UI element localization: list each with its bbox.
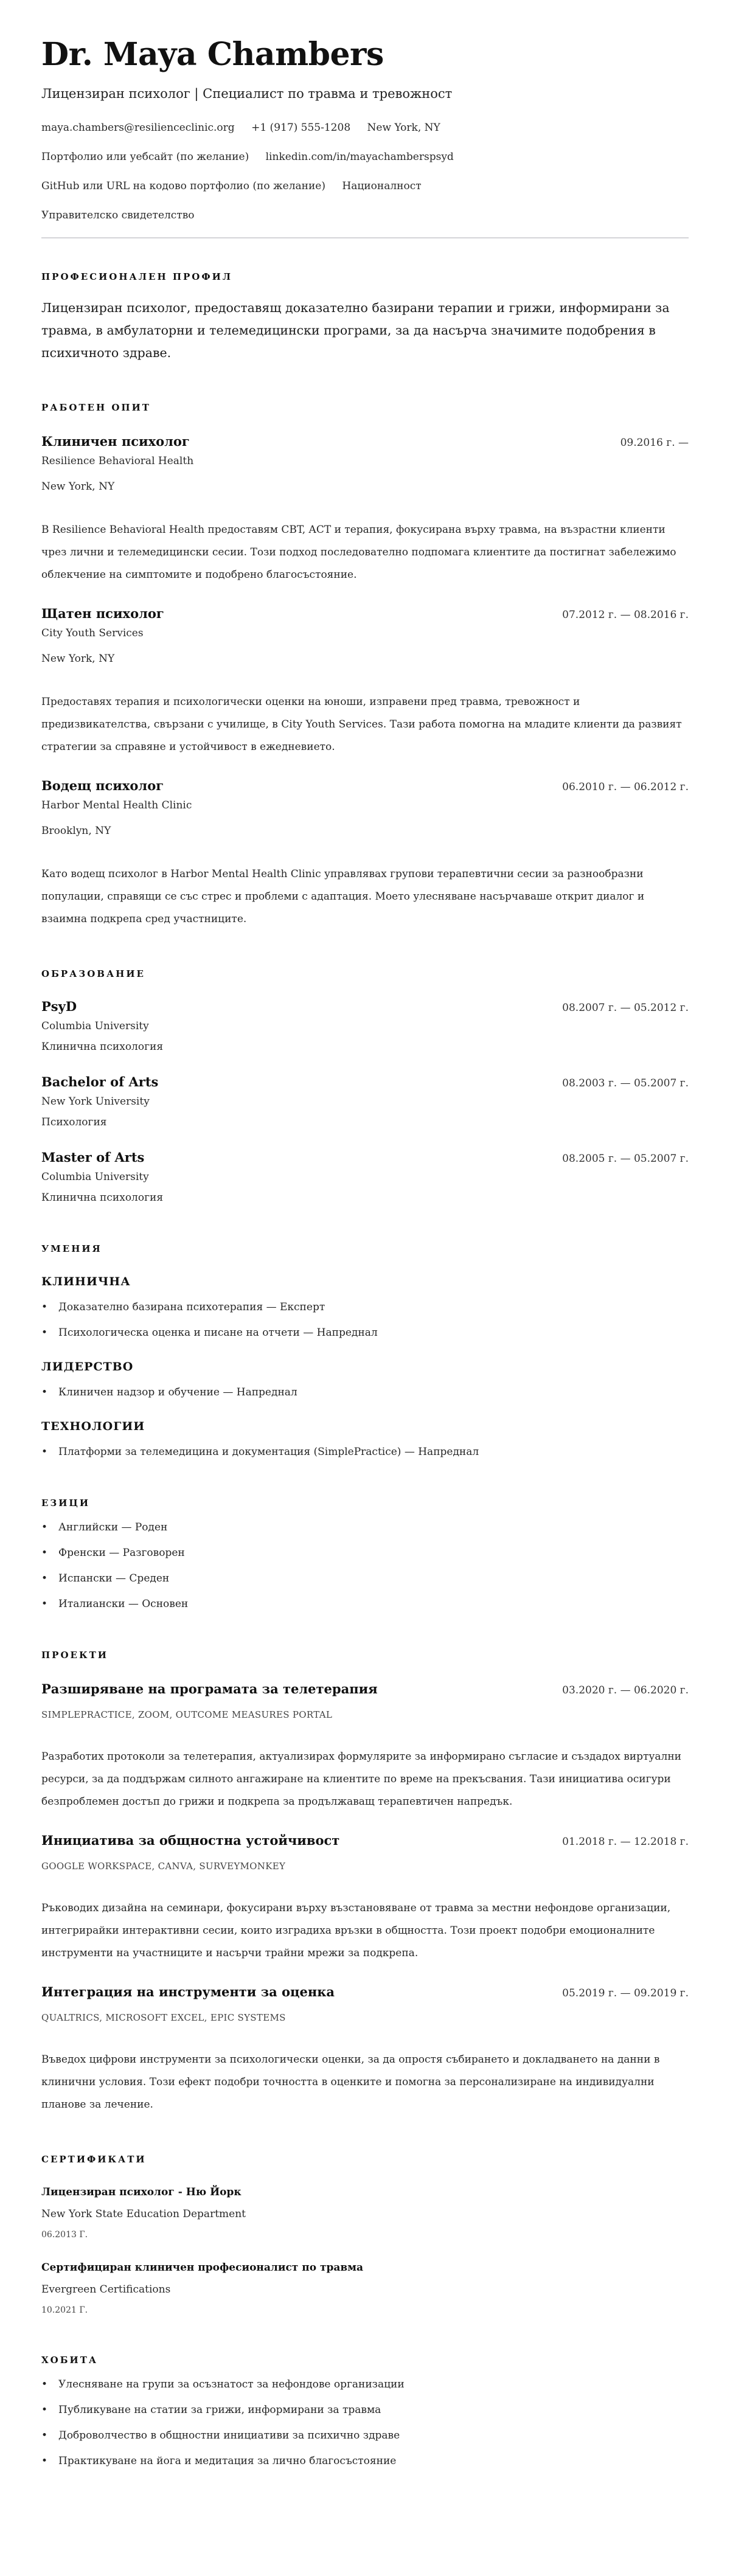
entry-header: Интеграция на инструменти за оценка05.20… <box>41 1983 689 2001</box>
project-description: Разработих протоколи за телетерапия, акт… <box>41 1746 689 1813</box>
project-description: Въведох цифрови инструменти за психологи… <box>41 2049 689 2116</box>
degree-name: Bachelor of Arts <box>41 1073 158 1091</box>
contact-row: maya.chambers@resilienceclinic.org +1 (9… <box>41 119 689 136</box>
project-description: Ръководих дизайна на семинари, фокусиран… <box>41 1897 689 1965</box>
hobbies-list: Улесняване на групи за осъзнатост за неф… <box>41 2376 689 2469</box>
education-entry: Bachelor of Arts08.2003 г. — 05.2007 г.N… <box>41 1073 689 1130</box>
hobby-item: Практикуване на йога и медитация за личн… <box>41 2453 689 2469</box>
portfolio-link[interactable]: Портфолио или уебсайт (по желание) <box>41 151 249 163</box>
education-dates: 08.2003 г. — 05.2007 г. <box>562 1077 689 1089</box>
hobby-item: Улесняване на групи за осъзнатост за неф… <box>41 2376 689 2392</box>
project-name: Разширяване на програмата за телетерапия <box>41 1680 378 1698</box>
skill-item: Психологическа оценка и писане на отчети… <box>41 1325 689 1341</box>
skill-list: Доказателно базирана психотерапия — Експ… <box>41 1299 689 1341</box>
education-entry: Master of Arts08.2005 г. — 05.2007 г.Col… <box>41 1148 689 1206</box>
github-link[interactable]: GitHub или URL на кодово портфолио (по ж… <box>41 180 325 192</box>
certification-entry: Сертифициран клиничен професионалист по … <box>41 2260 689 2317</box>
skill-list: Платформи за телемедицина и документация… <box>41 1444 689 1460</box>
project-dates: 01.2018 г. — 12.2018 г. <box>562 1836 689 1848</box>
field-of-study: Клинична психология <box>41 1190 689 1206</box>
skill-group-title: Технологии <box>41 1418 689 1434</box>
certification-date: 10.2021 г. <box>41 2303 689 2317</box>
hobby-item: Публикуване на статии за грижи, информир… <box>41 2402 689 2418</box>
project-entry: Интеграция на инструменти за оценка05.20… <box>41 1983 689 2116</box>
certification-name: Лицензиран психолог - Ню Йорк <box>41 2184 689 2200</box>
section-title: Сертификати <box>41 2153 689 2166</box>
location-text: New York, NY <box>367 122 440 134</box>
section-title: Професионален профил <box>41 270 689 283</box>
job-dates: 06.2010 г. — 06.2012 г. <box>562 781 689 793</box>
entry-header: Инициатива за общностна устойчивост01.20… <box>41 1831 689 1850</box>
profile-section: Професионален профил Лицензиран психолог… <box>41 270 689 364</box>
job-title: Водещ психолог <box>41 777 164 795</box>
experience-section: Работен опит Клиничен психолог09.2016 г.… <box>41 401 689 931</box>
school-name: New York University <box>41 1094 689 1109</box>
entry-header: Bachelor of Arts08.2003 г. — 05.2007 г. <box>41 1073 689 1091</box>
certification-issuer: Evergreen Certifications <box>41 2282 689 2297</box>
skill-item: Доказателно базирана психотерапия — Експ… <box>41 1299 689 1315</box>
degree-name: Master of Arts <box>41 1148 144 1167</box>
entry-header: Master of Arts08.2005 г. — 05.2007 г. <box>41 1148 689 1167</box>
project-name: Инициатива за общностна устойчивост <box>41 1831 339 1850</box>
languages-section: Езици Английски — РоденФренски — Разгово… <box>41 1496 689 1612</box>
job-location: Brooklyn, NY <box>41 823 689 839</box>
degree-name: PsyD <box>41 998 77 1016</box>
profile-summary: Лицензиран психолог, предоставящ доказат… <box>41 297 689 364</box>
header-divider <box>41 237 689 238</box>
section-title: Работен опит <box>41 401 689 414</box>
nationality-text: Националност <box>342 180 421 192</box>
entry-header: Щатен психолог07.2012 г. — 08.2016 г. <box>41 605 689 623</box>
resume-header: Dr. Maya Chambers Лицензиран психолог | … <box>41 35 689 238</box>
phone-text: +1 (917) 555-1208 <box>251 122 350 134</box>
language-item: Английски — Роден <box>41 1519 689 1535</box>
project-technologies: Qualtrics, Microsoft Excel, Epic Systems <box>41 2011 689 2024</box>
skill-list: Клиничен надзор и обучение — Напреднал <box>41 1384 689 1400</box>
contact-row: Управителско свидетелство <box>41 207 689 224</box>
project-dates: 03.2020 г. — 06.2020 г. <box>562 1684 689 1696</box>
hobbies-section: Хобита Улесняване на групи за осъзнатост… <box>41 2353 689 2469</box>
company-name: Harbor Mental Health Clinic <box>41 797 689 813</box>
skill-item: Клиничен надзор и обучение — Напреднал <box>41 1384 689 1400</box>
candidate-name: Dr. Maya Chambers <box>41 35 689 74</box>
certification-date: 06.2013 г. <box>41 2228 689 2241</box>
job-dates: 09.2016 г. — <box>620 437 689 449</box>
language-item: Италиански — Основен <box>41 1596 689 1612</box>
language-item: Френски — Разговорен <box>41 1545 689 1561</box>
entry-header: Клиничен психолог09.2016 г. — <box>41 432 689 451</box>
entry-header: Разширяване на програмата за телетерапия… <box>41 1680 689 1698</box>
entry-header: Водещ психолог06.2010 г. — 06.2012 г. <box>41 777 689 795</box>
company-name: Resilience Behavioral Health <box>41 453 689 469</box>
field-of-study: Психология <box>41 1114 689 1130</box>
skill-item: Платформи за телемедицина и документация… <box>41 1444 689 1460</box>
job-description: В Resilience Behavioral Health предостав… <box>41 519 689 586</box>
job-description: Като водещ психолог в Harbor Mental Heal… <box>41 863 689 931</box>
education-section: Образование PsyD08.2007 г. — 05.2012 г.C… <box>41 967 689 1206</box>
contact-row: Портфолио или уебсайт (по желание) linke… <box>41 148 689 165</box>
linkedin-link[interactable]: linkedin.com/in/mayachamberspsyd <box>266 151 454 163</box>
job-description: Предоставях терапия и психологически оце… <box>41 691 689 759</box>
hobby-item: Доброволчество в общностни инициативи за… <box>41 2428 689 2443</box>
experience-entry: Клиничен психолог09.2016 г. —Resilience … <box>41 432 689 586</box>
contact-row: GitHub или URL на кодово портфолио (по ж… <box>41 178 689 195</box>
resume-page: Dr. Maya Chambers Лицензиран психолог | … <box>0 0 730 2515</box>
candidate-headline: Лицензиран психолог | Специалист по трав… <box>41 85 689 102</box>
certification-name: Сертифициран клиничен професионалист по … <box>41 2260 689 2276</box>
project-dates: 05.2019 г. — 09.2019 г. <box>562 1987 689 1999</box>
section-title: Езици <box>41 1496 689 1510</box>
job-dates: 07.2012 г. — 08.2016 г. <box>562 609 689 621</box>
projects-section: Проекти Разширяване на програмата за тел… <box>41 1648 689 2116</box>
section-title: Умения <box>41 1242 689 1255</box>
certification-entry: Лицензиран психолог - Ню ЙоркNew York St… <box>41 2184 689 2241</box>
project-entry: Инициатива за общностна устойчивост01.20… <box>41 1831 689 1965</box>
education-entry: PsyD08.2007 г. — 05.2012 г.Columbia Univ… <box>41 998 689 1055</box>
section-title: Проекти <box>41 1648 689 1662</box>
language-item: Испански — Среден <box>41 1571 689 1586</box>
job-title: Щатен психолог <box>41 605 164 623</box>
job-location: New York, NY <box>41 651 689 667</box>
project-technologies: Google Workspace, Canva, SurveyMonkey <box>41 1859 689 1873</box>
driving-license-text: Управителско свидетелство <box>41 209 195 221</box>
education-dates: 08.2007 г. — 05.2012 г. <box>562 1002 689 1014</box>
education-dates: 08.2005 г. — 05.2007 г. <box>562 1153 689 1165</box>
section-title: Образование <box>41 967 689 981</box>
experience-entry: Щатен психолог07.2012 г. — 08.2016 г.Cit… <box>41 605 689 759</box>
email-link[interactable]: maya.chambers@resilienceclinic.org <box>41 122 235 134</box>
school-name: Columbia University <box>41 1169 689 1185</box>
project-name: Интеграция на инструменти за оценка <box>41 1983 335 2001</box>
job-title: Клиничен психолог <box>41 432 190 451</box>
school-name: Columbia University <box>41 1018 689 1034</box>
certifications-section: Сертификати Лицензиран психолог - Ню Йор… <box>41 2153 689 2317</box>
company-name: City Youth Services <box>41 625 689 641</box>
skills-section: Умения КлиничнаДоказателно базирана псих… <box>41 1242 689 1460</box>
project-entry: Разширяване на програмата за телетерапия… <box>41 1680 689 1813</box>
skill-group-title: Лидерство <box>41 1359 689 1375</box>
section-title: Хобита <box>41 2353 689 2367</box>
skill-group-title: Клинична <box>41 1274 689 1290</box>
entry-header: PsyD08.2007 г. — 05.2012 г. <box>41 998 689 1016</box>
certification-issuer: New York State Education Department <box>41 2206 689 2222</box>
languages-list: Английски — РоденФренски — РазговоренИсп… <box>41 1519 689 1612</box>
experience-entry: Водещ психолог06.2010 г. — 06.2012 г.Har… <box>41 777 689 931</box>
job-location: New York, NY <box>41 479 689 495</box>
contact-block: maya.chambers@resilienceclinic.org +1 (9… <box>41 119 689 224</box>
field-of-study: Клинична психология <box>41 1039 689 1055</box>
project-technologies: SimplePractice, Zoom, Outcome Measures P… <box>41 1708 689 1721</box>
